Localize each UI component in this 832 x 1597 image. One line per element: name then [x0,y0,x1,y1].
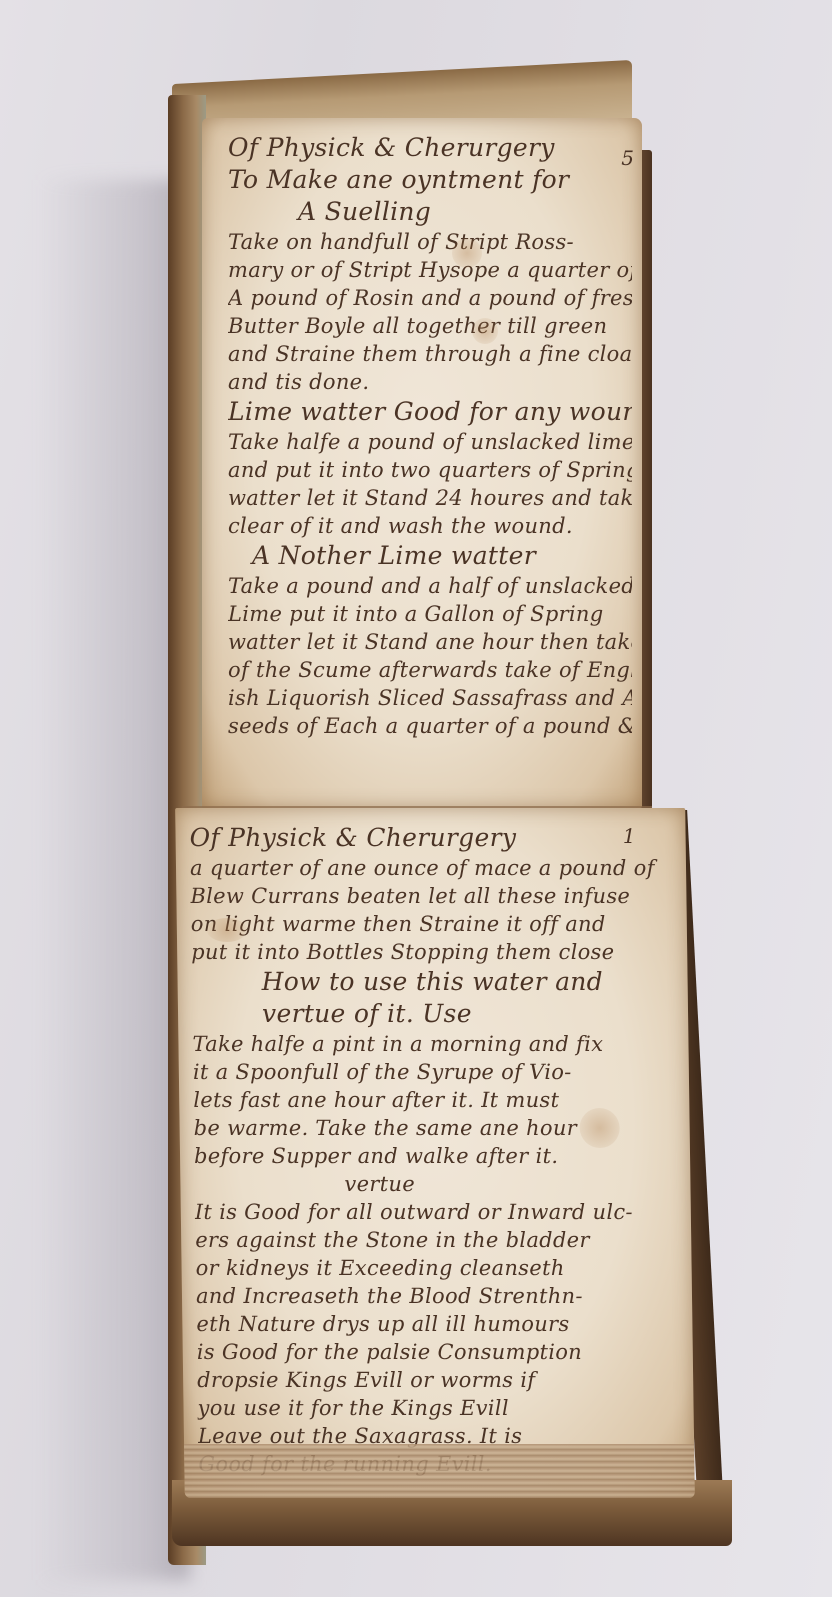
text-line: seeds of Each a quarter of a pound & [228,712,632,740]
text-line: and tis done. [228,368,632,396]
text-line: and Straine them through a fine cloath [228,340,632,368]
text-line: or kidneys it Exceeding cleanseth [195,1254,677,1282]
text-line: It is Good for all outward or Inward ulc… [195,1198,677,1226]
text-line: Leave out the Saxagrass. It is [198,1422,680,1450]
paper-stain [207,918,247,942]
section-title: How to use this water and [191,966,673,998]
recipe-title: A Suelling [228,196,632,228]
upper-page: 5 Of Physick & Cherurgery To Make ane oy… [202,118,642,808]
text-line: ers against the Stone in the bladder [195,1226,677,1254]
text-line: Lime put it into a Gallon of Spring [228,600,632,628]
text-line: Blew Currans beaten let all these infuse [190,882,672,910]
recipe-title: Lime watter Good for any wound [228,396,632,428]
text-line: ish Liquorish Sliced Sassafrass and Anie [228,684,632,712]
text-line: dropsie Kings Evill or worms if [197,1366,679,1394]
text-line: Butter Boyle all together till green [228,312,632,340]
page-header: Of Physick & Cherurgery [189,822,671,854]
recipe-title: A Nother Lime watter [228,540,632,572]
text-line: A pound of Rosin and a pound of fresh [228,284,632,312]
text-line: Take halfe a pound of unslacked lime [228,428,632,456]
text-line: eth Nature drys up all ill humours [196,1310,678,1338]
text-line: put it into Bottles Stopping them close [191,938,673,966]
recipe-title: To Make ane oyntment for [228,164,632,196]
lower-page: 1 Of Physick & Cherurgery a quarter of a… [175,808,695,1498]
text-line: Good for the running Evill. [198,1450,680,1478]
text-line: on light warme then Straine it off and [191,910,673,938]
text-line: Take on handfull of Stript Ross- [228,228,632,256]
paper-stain [472,318,498,344]
text-line: Take halfe a pint in a morning and fix [192,1030,674,1058]
section-title: vertue of it. Use [192,998,674,1030]
page-number: 5 [621,146,634,170]
text-line: watter let it Stand ane hour then take [228,628,632,656]
text-line: mary or of Stript Hysope a quarter of [228,256,632,284]
text-line: clear of it and wash the wound. [228,512,632,540]
text-line: Take a pound and a half of unslacked [228,572,632,600]
text-line: watter let it Stand 24 houres and take y… [228,484,632,512]
page-number: 1 [623,824,636,848]
text-line: and put it into two quarters of Spring [228,456,632,484]
paper-stain [452,238,482,268]
text-line: a quarter of ane ounce of mace a pound o… [190,854,672,882]
text-line: is Good for the palsie Consumption [197,1338,679,1366]
text-line: and Increaseth the Blood Strenthn- [196,1282,678,1310]
text-line: it a Spoonfull of the Syrupe of Vio- [193,1058,675,1086]
paper-stain [579,1108,620,1148]
text-line: you use it for the Kings Evill [197,1394,679,1422]
text-line: of the Scume afterwards take of Engl- [228,656,632,684]
page-header: Of Physick & Cherurgery [228,132,632,164]
section-title: vertue [194,1170,676,1198]
